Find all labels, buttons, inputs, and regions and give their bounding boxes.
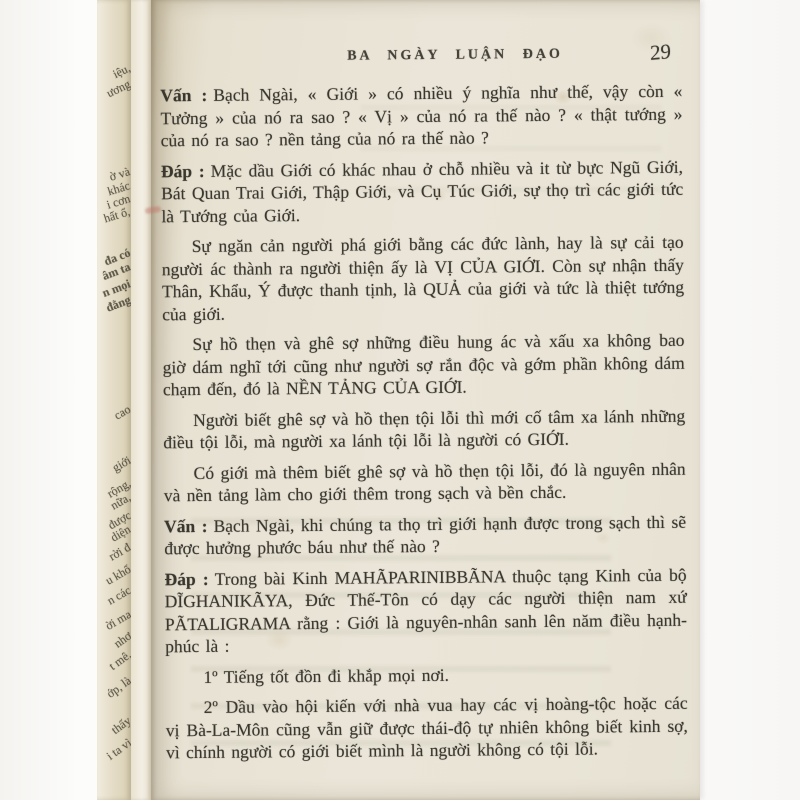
paragraph-label: Vấn : <box>164 515 208 535</box>
paragraph-label: Đáp : <box>161 160 205 180</box>
paragraph-text: Sự ngăn cản người phá giới bằng các đức … <box>162 232 684 324</box>
facing-page-fragment: hất ổ, <box>102 204 131 226</box>
paragraph-text: Bạch Ngài, khi chúng ta thọ trì giới hạn… <box>164 511 686 558</box>
paragraph-list-item-2: 2º Dầu vào hội kiến với nhà vua hay các … <box>166 692 689 764</box>
facing-page-fragment: i ta vì <box>103 735 131 763</box>
facing-page-fragment: thấy <box>109 713 131 737</box>
paragraph-text: Trong bài Kinh MAHÃPARINIBBÃNA thuộc tạn… <box>165 564 687 656</box>
paragraph-answer-2: Đáp :Trong bài Kinh MAHÃPARINIBBÃNA thuộ… <box>164 563 687 658</box>
paragraph-body-4: Có giới mà thêm biết ghê sợ và hồ thẹn t… <box>164 457 686 507</box>
paragraph-text: 1º Tiếng tốt đồn đi khắp mọi nơi. <box>203 664 449 686</box>
page-number: 29 <box>650 39 672 66</box>
page-text: Vấn :Bạch Ngài, « Giới » có nhiều ý nghĩ… <box>160 80 688 772</box>
book-page: BA NGÀY LUẬN ĐẠO 29 Vấn :Bạch Ngài, « Gi… <box>151 0 700 800</box>
paragraph-body-3: Người biết ghê sợ và hồ thẹn tội lỗi thì… <box>163 404 685 454</box>
paragraph-text: Người biết ghê sợ và hồ thẹn tội lỗi thì… <box>163 405 685 452</box>
running-title: BA NGÀY LUẬN ĐẠO <box>347 47 563 64</box>
facing-page-fragment: t mê, <box>106 647 131 673</box>
paragraph-label: Đáp : <box>164 568 208 588</box>
facing-page-edge: iệu, ương ờ và khác i cơn hất ổ, đa có â… <box>97 0 131 800</box>
paragraph-text: Mặc dầu Giới có khác nhau ở chỗ nhiều và… <box>161 156 683 226</box>
paragraph-question-1: Vấn :Bạch Ngài, « Giới » có nhiều ý nghĩ… <box>160 80 683 152</box>
facing-page-fragment: cao <box>112 402 131 423</box>
book-photo: iệu, ương ờ và khác i cơn hất ổ, đa có â… <box>0 0 800 800</box>
paragraph-body-2: Sự hồ thẹn và ghê sợ những điều hung ác … <box>162 329 685 401</box>
facing-page-fragment: nhơ <box>111 628 131 651</box>
paragraph-text: Sự hồ thẹn và ghê sợ những điều hung ác … <box>163 330 685 400</box>
paragraph-answer-1: Đáp :Mặc dầu Giới có khác nhau ở chỗ nhi… <box>161 155 684 227</box>
paragraph-list-item-1: 1º Tiếng tốt đồn đi khắp mọi nơi. <box>165 661 687 688</box>
paragraph-body-1: Sự ngăn cản người phá giới bằng các đức … <box>162 231 685 326</box>
paragraph-text: Có giới mà thêm biết ghê sợ và hồ thẹn t… <box>164 458 686 505</box>
facing-page-fragment: ương <box>104 77 131 101</box>
facing-page-fragment: rời đ <box>107 540 131 564</box>
paragraph-label: Vấn : <box>160 85 207 105</box>
page-content: BA NGÀY LUẬN ĐẠO 29 Vấn :Bạch Ngài, « Gi… <box>148 0 704 800</box>
paragraph-text: Bạch Ngài, « Giới » có nhiều ý nghĩa như… <box>160 81 682 151</box>
facing-page-fragment: giới <box>110 453 131 475</box>
facing-page-fragment: ớp, là <box>104 673 131 701</box>
paragraph-question-2: Vấn :Bạch Ngài, khi chúng ta thọ trì giớ… <box>164 510 686 560</box>
paragraph-text: 2º Dầu vào hội kiến với nhà vua hay các … <box>166 693 688 763</box>
page-header: BA NGÀY LUẬN ĐẠO <box>160 43 716 66</box>
